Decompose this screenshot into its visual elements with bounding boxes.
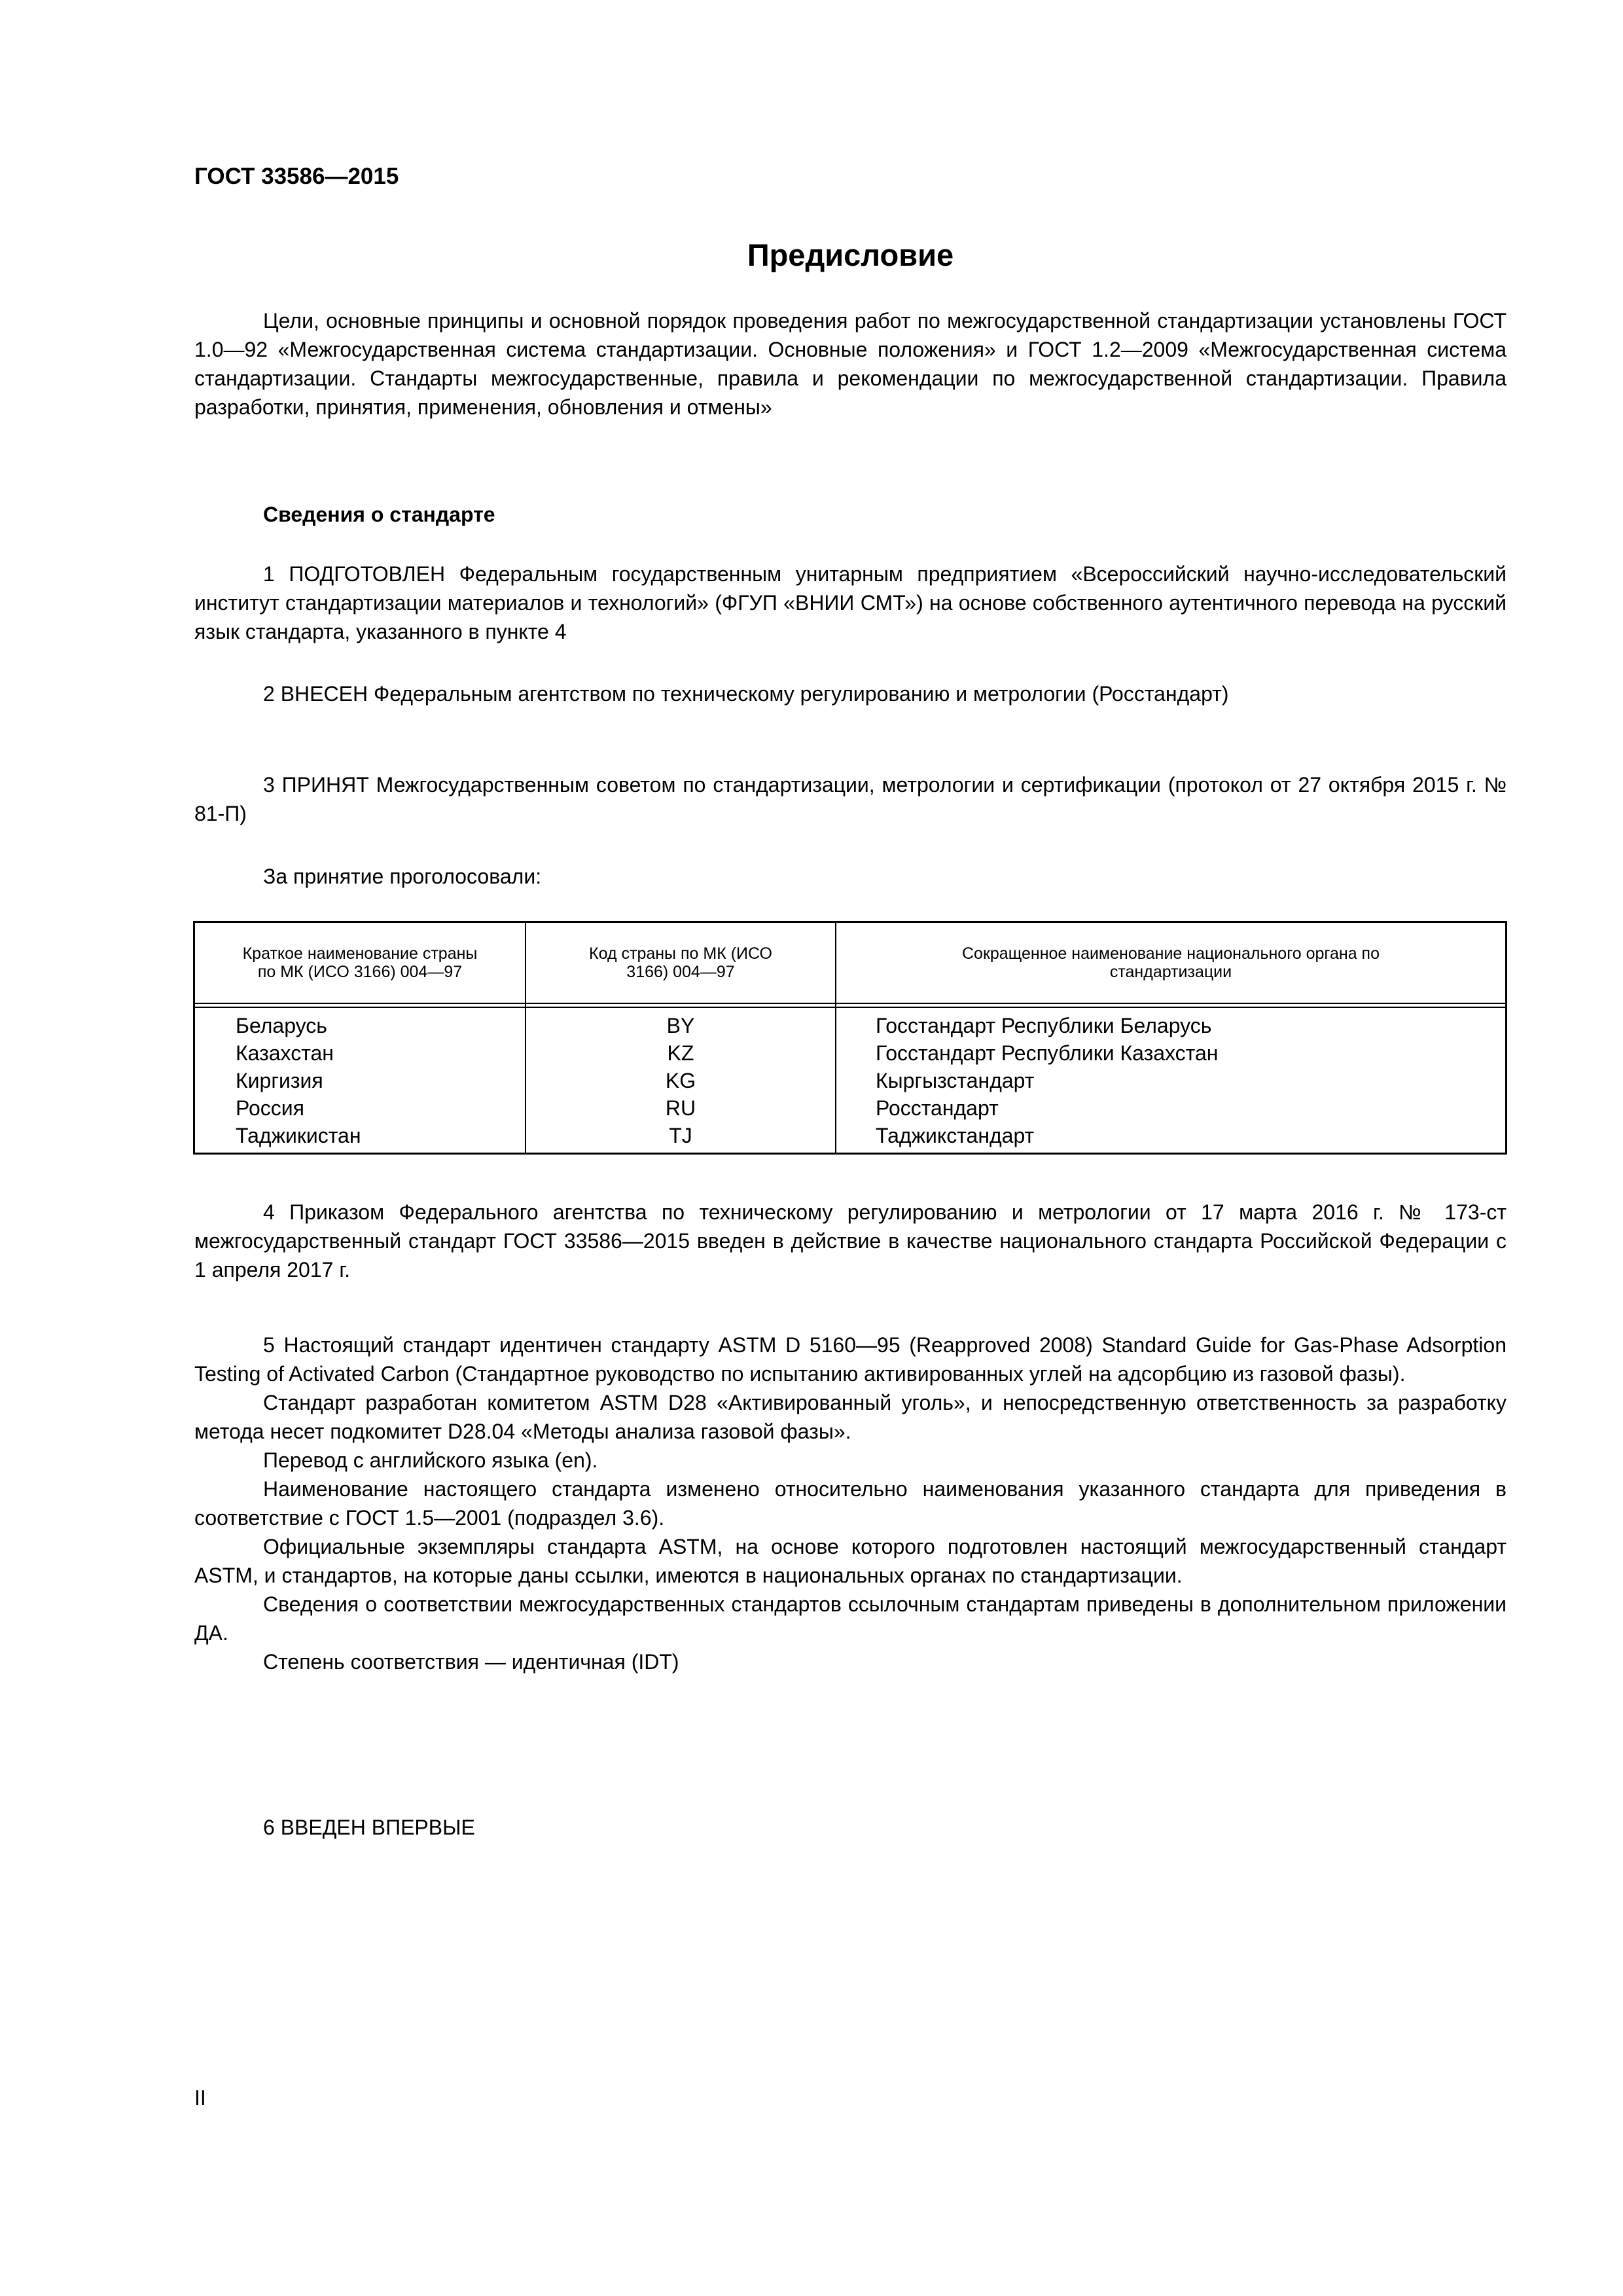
item-4-paragraph: 4 Приказом Федерального агентства по тех… [194,1198,1507,1284]
page-number: II [194,2087,206,2109]
table-cell-body: Таджикстандарт [876,1122,1218,1149]
voted-label-block: За принятие проголосовали: [194,862,1507,891]
item-6-paragraph: 6 ВВЕДЕН ВПЕРВЫЕ [194,1813,1507,1842]
table-cell-country: Казахстан [236,1039,361,1067]
item-2-block: 2 ВНЕСЕН Федеральным агентством по техни… [194,679,1507,708]
body-column: Госстандарт Республики Беларусь Госстанд… [876,1012,1218,1149]
item-3-block: 3 ПРИНЯТ Межгосударственным советом по с… [194,770,1507,828]
table-cell-country: Беларусь [236,1012,361,1039]
item-1-paragraph: 1 ПОДГОТОВЛЕН Федеральным государственны… [194,560,1507,646]
table-cell-country: Таджикистан [236,1122,361,1149]
item-2-paragraph: 2 ВНЕСЕН Федеральным агентством по техни… [194,679,1507,708]
intro-paragraph: Цели, основные принципы и основной поряд… [194,306,1507,422]
item-5-paragraph-5: Официальные экземпляры стандарта ASTM, н… [194,1532,1507,1590]
header-divider [195,1007,1505,1008]
section-heading: Сведения о стандарте [194,500,1507,529]
info-heading-block: Сведения о стандарте [194,500,1507,529]
table-cell-code: RU [526,1094,835,1122]
table-cell-body: Росстандарт [876,1094,1218,1122]
code-column: BY KZ KG RU TJ [526,1012,835,1149]
item-5-paragraph-7: Степень соответствия — идентичная (IDT) [194,1647,1507,1676]
table-cell-code: BY [526,1012,835,1039]
item-3-paragraph: 3 ПРИНЯТ Межгосударственным советом по с… [194,770,1507,828]
table-cell-code: TJ [526,1122,835,1149]
table-cell-country: Россия [236,1094,361,1122]
table-cell-code: KG [526,1067,835,1094]
item-1-block: 1 ПОДГОТОВЛЕН Федеральным государственны… [194,560,1507,646]
voted-label: За принятие проголосовали: [194,862,1507,891]
column-header-body: Сокращенное наименование национального о… [836,923,1505,1003]
table-cell-country: Киргизия [236,1067,361,1094]
voting-table: Краткое наименование страны по МК (ИСО 3… [193,921,1507,1155]
item-4-block: 4 Приказом Федерального агентства по тех… [194,1198,1507,1284]
table-cell-body: Госстандарт Республики Казахстан [876,1039,1218,1067]
column-header-country: Краткое наименование страны по МК (ИСО 3… [195,923,525,1003]
header-divider [195,1003,1505,1004]
table-cell-code: KZ [526,1039,835,1067]
item-5-paragraph-6: Сведения о соответствии межгосударственн… [194,1590,1507,1647]
item-5-paragraph-4: Наименование настоящего стандарта измене… [194,1475,1507,1532]
intro-block: Цели, основные принципы и основной поряд… [194,306,1507,422]
table-cell-body: Госстандарт Республики Беларусь [876,1012,1218,1039]
item-5-block: 5 Настоящий стандарт идентичен стандарту… [194,1331,1507,1676]
column-header-code: Код страны по МК (ИСО 3166) 004—97 [526,923,835,1003]
item-5-paragraph-3: Перевод с английского языка (en). [194,1446,1507,1475]
table-cell-body: Кыргызстандарт [876,1067,1218,1094]
document-code: ГОСТ 33586—2015 [194,164,399,190]
document-page: ГОСТ 33586—2015 Предисловие Цели, основн… [0,0,1623,2296]
item-6-block: 6 ВВЕДЕН ВПЕРВЫЕ [194,1813,1507,1842]
item-5-paragraph-2: Стандарт разработан комитетом ASTM D28 «… [194,1388,1507,1446]
item-5-paragraph: 5 Настоящий стандарт идентичен стандарту… [194,1331,1507,1388]
country-column: Беларусь Казахстан Киргизия Россия Таджи… [236,1012,361,1149]
page-title: Предисловие [194,237,1507,274]
